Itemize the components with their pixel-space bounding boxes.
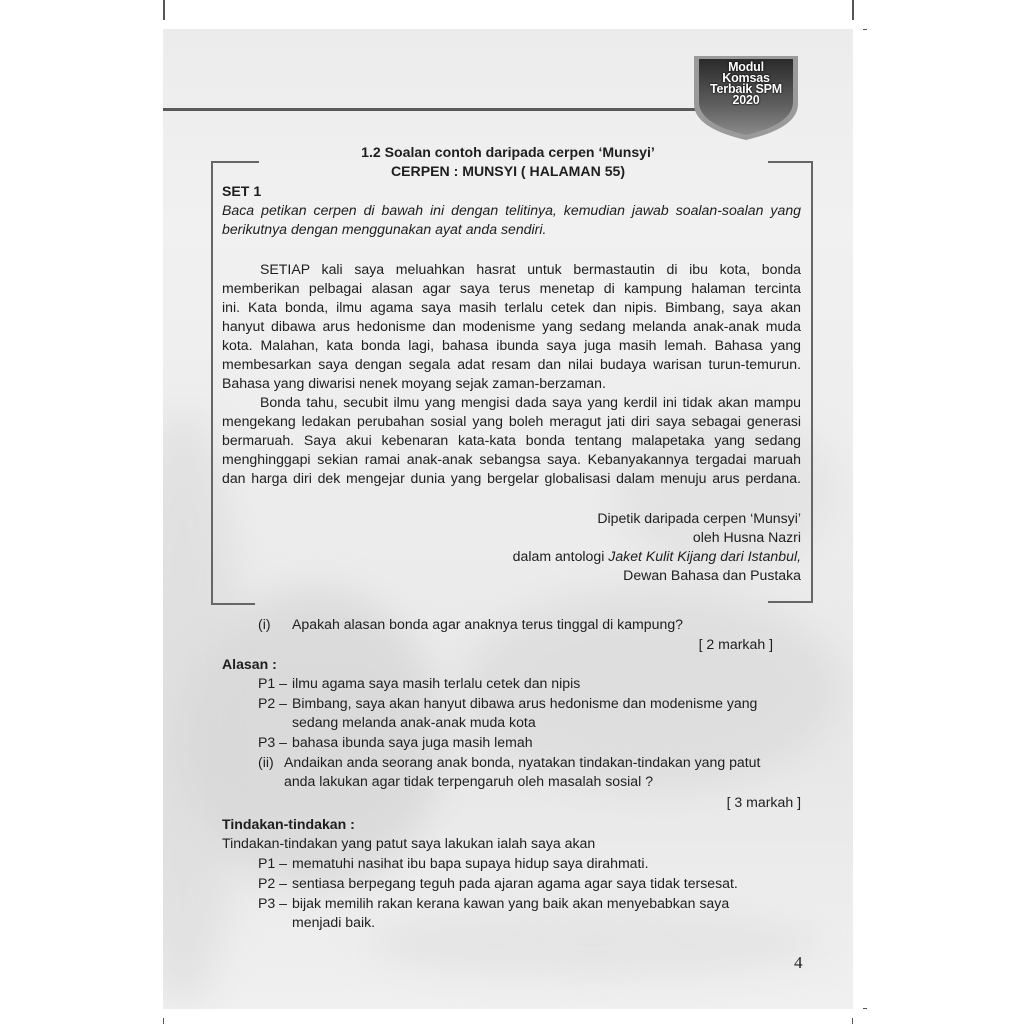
- source-line: oleh Husna Nazri: [463, 528, 801, 548]
- crop-mark: [863, 1008, 867, 1009]
- background-image-wash: [163, 409, 243, 1009]
- point-label: P1 –: [258, 854, 287, 874]
- point-text: Bimbang, saya akan hanyut dibawa arus he…: [292, 694, 757, 714]
- source-line: Dipetik daripada cerpen ‘Munsyi’: [463, 509, 801, 529]
- marks-label: [ 3 markah ]: [593, 793, 801, 813]
- marks-label: [ 2 markah ]: [563, 635, 773, 655]
- passage-line: memberikan pelbagai alasan agar saya ter…: [222, 279, 801, 299]
- point-text: mematuhi nasihat ibu bapa supaya hidup s…: [292, 854, 648, 874]
- answer-intro: Tindakan-tindakan yang patut saya lakuka…: [222, 834, 595, 854]
- badge-line: 2020: [692, 95, 800, 106]
- passage-frame-top-left: [211, 161, 259, 183]
- passage-line: mengekang ledakan perubahan sosial yang …: [222, 412, 801, 432]
- header-rule: [163, 108, 703, 111]
- instruction-line: berikutnya dengan menggunakan ayat anda …: [222, 220, 546, 240]
- passage-line: ini. Kata bonda, ilmu agama saya masih t…: [222, 298, 801, 318]
- point-text: bahasa ibunda saya juga masih lemah: [292, 733, 533, 753]
- passage-line: membesarkan saya dengan segala adat resa…: [222, 355, 801, 375]
- point-label: P2 –: [258, 874, 287, 894]
- crop-mark: [163, 1018, 164, 1024]
- passage-line: bermaruah. Saya akui kebenaran kata-kata…: [222, 431, 801, 451]
- source-prefix: dalam antologi: [513, 548, 609, 564]
- point-label: P1 –: [258, 674, 287, 694]
- point-label: P2 –: [258, 694, 287, 714]
- crop-mark: [852, 1018, 853, 1024]
- point-text: ilmu agama saya masih terlalu cetek dan …: [292, 674, 580, 694]
- passage-frame-bottom-left: [211, 581, 255, 605]
- passage-line: kota. Malahan, kata bonda lagi, bahasa i…: [222, 336, 801, 356]
- crop-mark: [163, 0, 165, 20]
- question-text: Apakah alasan bonda agar anaknya terus t…: [292, 615, 683, 635]
- answer-heading: Tindakan-tindakan :: [222, 815, 355, 835]
- question-number: (i): [258, 615, 271, 635]
- instruction-line: Baca petikan cerpen di bawah ini dengan …: [222, 201, 801, 221]
- passage-line: SETIAP kali saya meluahkan hasrat untuk …: [260, 260, 801, 280]
- crop-mark: [852, 0, 854, 20]
- set-label: SET 1: [222, 182, 261, 202]
- point-label: P3 –: [258, 894, 287, 914]
- passage-frame-left: [211, 179, 213, 603]
- crop-mark: [863, 29, 867, 30]
- background-image-wash: [363, 909, 823, 979]
- point-text: sedang melanda anak-anak muda kota: [292, 713, 536, 733]
- page-number: 4: [794, 953, 803, 973]
- module-badge: Modul Komsas Terbaik SPM 2020: [692, 54, 800, 142]
- document-page: Modul Komsas Terbaik SPM 2020 1.2 Soalan…: [163, 29, 853, 1009]
- point-text: menjadi baik.: [292, 913, 375, 933]
- point-text: sentiasa berpegang teguh pada ajaran aga…: [292, 874, 738, 894]
- point-text: bijak memilih rakan kerana kawan yang ba…: [292, 894, 729, 914]
- passage-line: menghinggapi sekian ramai anak-anak seba…: [222, 450, 801, 470]
- answer-heading: Alasan :: [222, 655, 277, 675]
- question-text: Andaikan anda seorang anak bonda, nyatak…: [284, 753, 760, 773]
- story-subtitle: CERPEN : MUNSYI ( HALAMAN 55): [163, 162, 853, 182]
- passage-line: dan harga diri dek mengejar dunia yang b…: [222, 469, 801, 489]
- section-title: 1.2 Soalan contoh daripada cerpen ‘Munsy…: [163, 143, 853, 163]
- source-line: Dewan Bahasa dan Pustaka: [463, 566, 801, 586]
- passage-line: hanyut dibawa arus hedonisme dan modenis…: [222, 317, 801, 337]
- point-label: P3 –: [258, 733, 287, 753]
- anthology-title: Jaket Kulit Kijang dari Istanbul,: [608, 548, 801, 564]
- source-line: dalam antologi Jaket Kulit Kijang dari I…: [413, 547, 801, 567]
- question-number: (ii): [258, 753, 274, 773]
- passage-line: Bonda tahu, secubit ilmu yang mengisi da…: [260, 393, 801, 413]
- question-text: anda lakukan agar tidak terpengaruh oleh…: [284, 772, 653, 792]
- passage-line: Bahasa yang diwarisi nenek moyang sejak …: [222, 374, 606, 394]
